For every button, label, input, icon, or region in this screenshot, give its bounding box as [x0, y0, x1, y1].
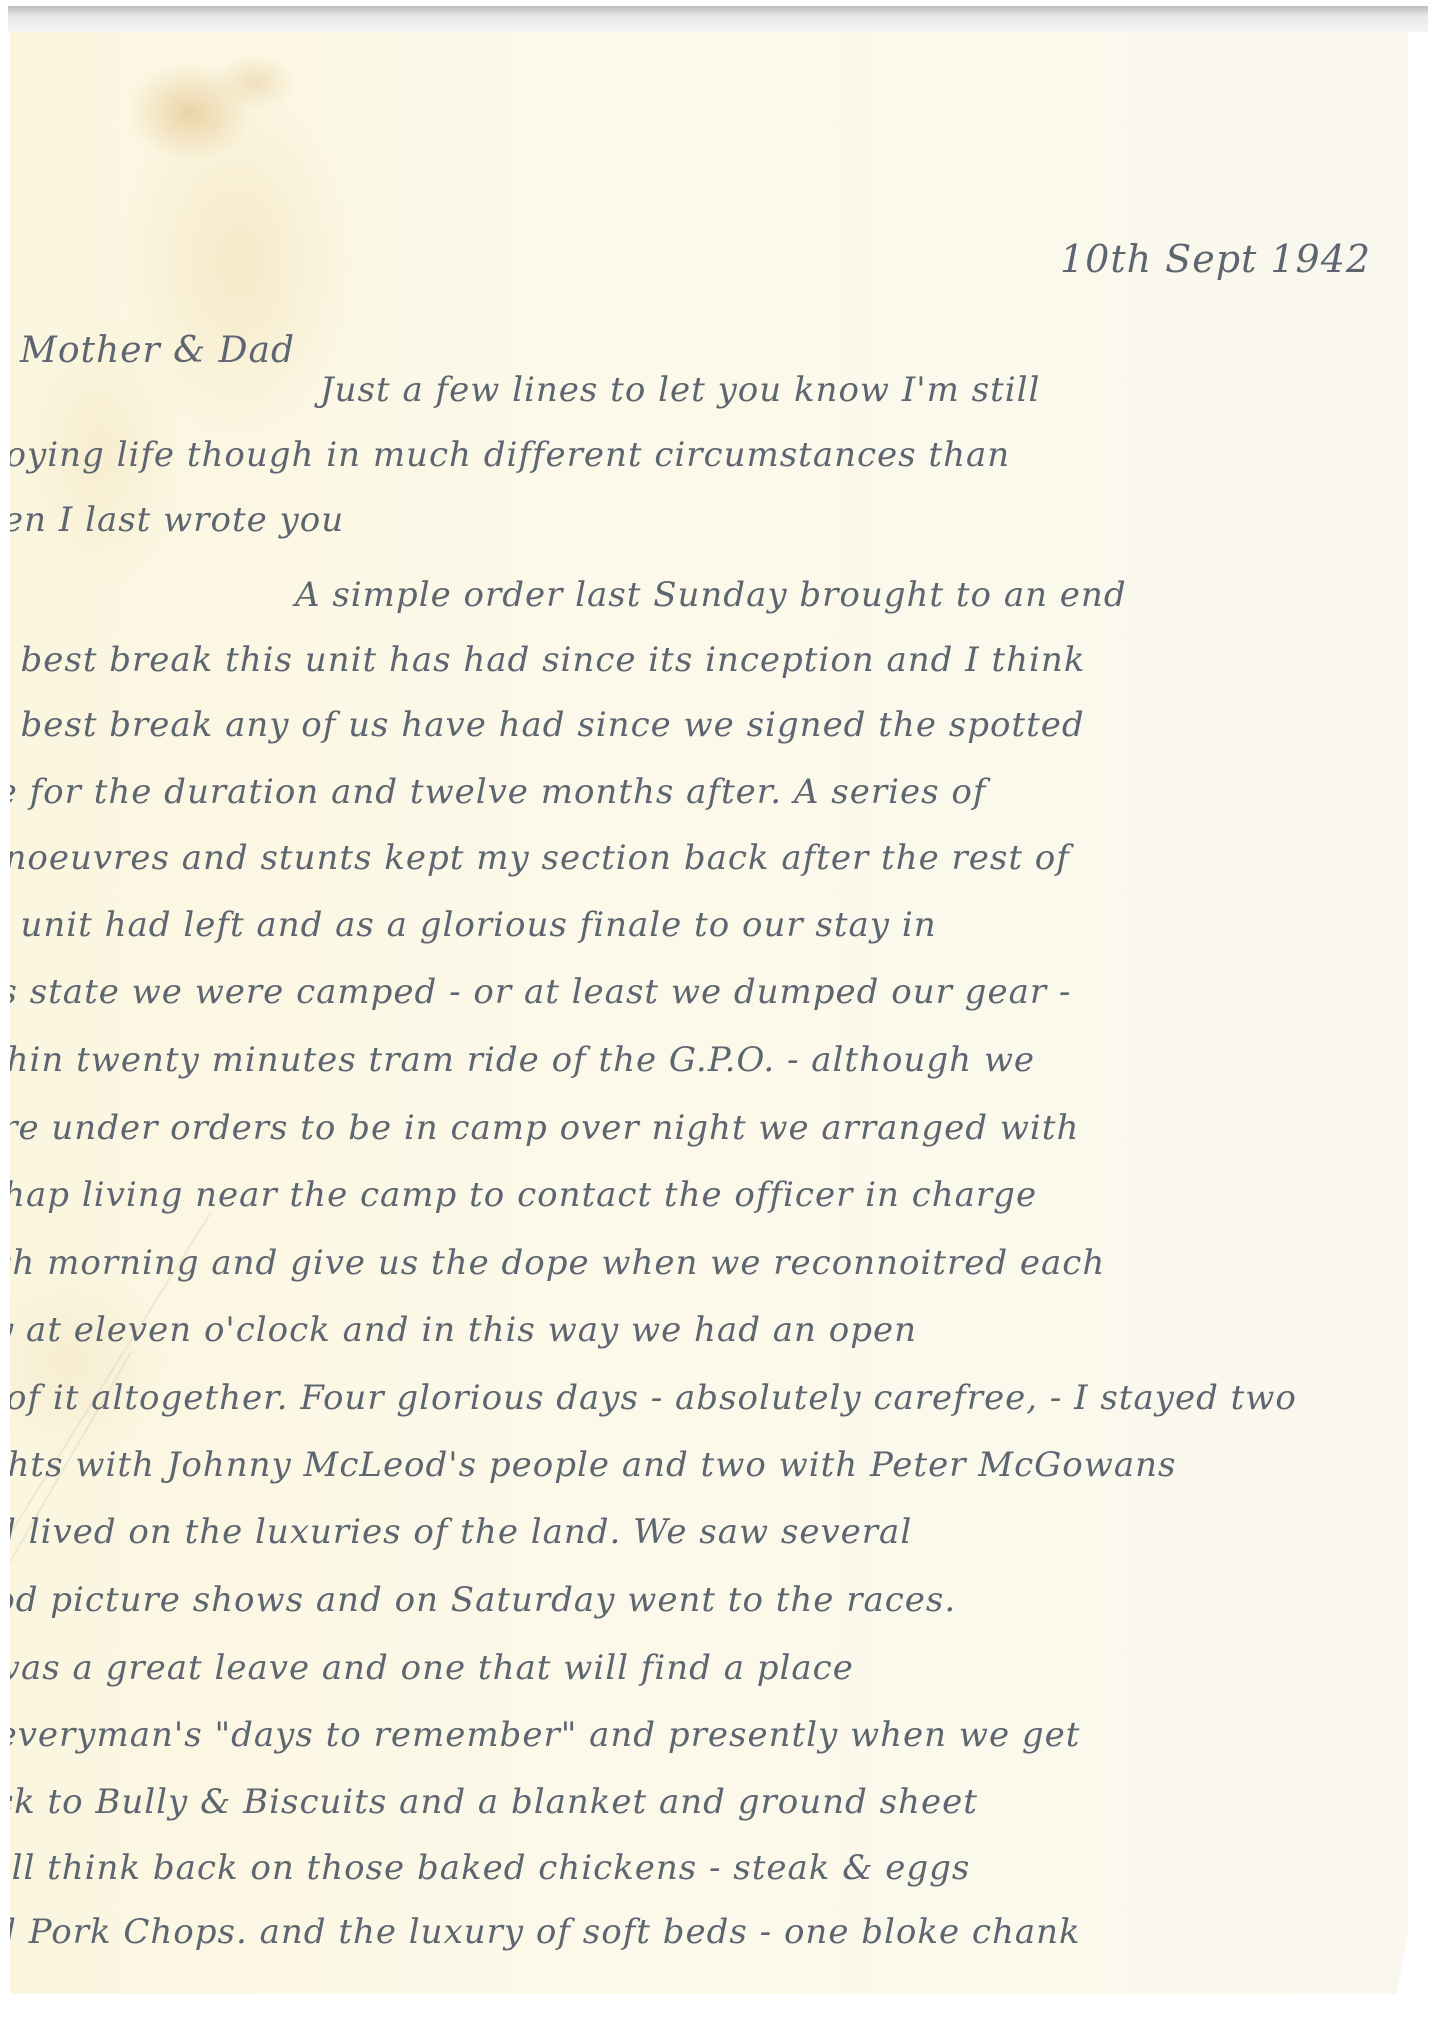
letter-line: back to Bully & Biscuits and a blanket a…: [0, 1782, 978, 1822]
letter-line: It was a great leave and one that will f…: [0, 1648, 854, 1688]
letter-line: and Pork Chops. and the luxury of soft b…: [0, 1912, 1081, 1952]
letter-line: the unit had left and as a glorious fina…: [0, 905, 937, 945]
letter-line: within twenty minutes tram ride of the G…: [0, 1040, 1035, 1080]
letter-line: A simple order last Sunday brought to an…: [295, 575, 1127, 615]
letter-line: we'll think back on those baked chickens…: [0, 1848, 970, 1888]
scanner-shadow: [8, 6, 1428, 32]
letter-line: nights with Johnny McLeod's people and t…: [0, 1445, 1176, 1485]
letter-line: day at eleven o'clock and in this way we…: [0, 1310, 917, 1350]
letter-line: good picture shows and on Saturday went …: [0, 1580, 956, 1620]
letter-line: and lived on the luxuries of the land. W…: [0, 1512, 912, 1552]
letter-line: line for the duration and twelve months …: [0, 772, 986, 812]
letter-line: go of it altogether. Four glorious days …: [0, 1378, 1297, 1418]
letter-line: when I last wrote you: [0, 500, 344, 540]
letter-line: Just a few lines to let you know I'm sti…: [320, 370, 1040, 410]
letter-line: enjoying life though in much different c…: [0, 435, 1010, 475]
letter-line: a chap living near the camp to contact t…: [0, 1175, 1037, 1215]
letter-line: the best break any of us have had since …: [0, 705, 1085, 745]
letter-line: each morning and give us the dope when w…: [0, 1243, 1105, 1283]
letter-salutation: Mother & Dad: [20, 330, 295, 371]
letter-date: 10th Sept 1942: [1060, 237, 1371, 281]
letter-line: manoeuvres and stunts kept my section ba…: [0, 838, 1070, 878]
letter-line: this state we were camped - or at least …: [0, 972, 1071, 1012]
letter-line: were under orders to be in camp over nig…: [0, 1108, 1079, 1148]
scanned-page: 10th Sept 1942 Mother & Dad Just a few l…: [0, 0, 1433, 2023]
letter-line: in everyman's "days to remember" and pre…: [0, 1715, 1080, 1755]
letter-paper: 10th Sept 1942 Mother & Dad Just a few l…: [10, 32, 1408, 1994]
letter-line: the best break this unit has had since i…: [0, 640, 1085, 680]
